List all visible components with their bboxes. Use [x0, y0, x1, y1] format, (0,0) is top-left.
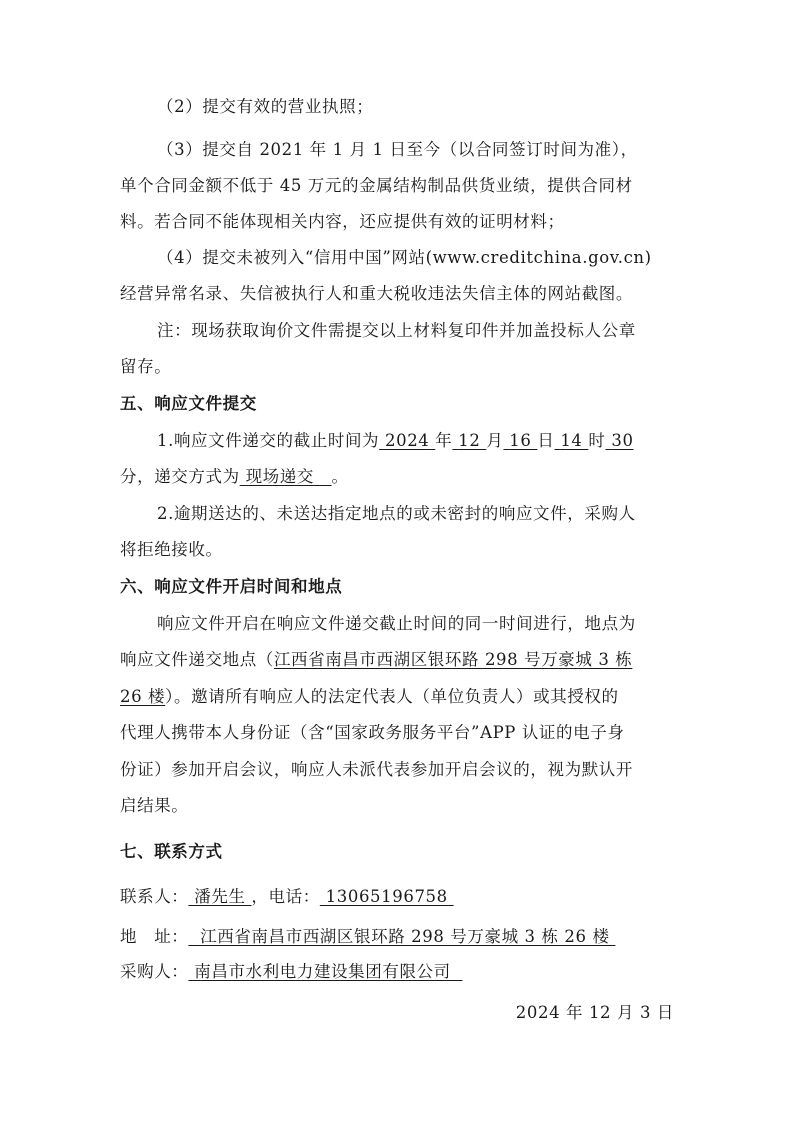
document-date: 2024 年 12 月 3 日	[516, 1002, 674, 1024]
note-line-2: 留存。	[120, 356, 680, 378]
contact-line: 联系人： 潘先生 ，电话： 13065196758	[120, 886, 680, 908]
section-5-p2-line-1: 2.逾期送达的、未送达指定地点的或未密封的响应文件，采购人	[157, 503, 680, 525]
phone-label: ，电话：	[251, 887, 319, 906]
deadline-month: 12	[452, 431, 486, 450]
address-line: 地 址： 江西省南昌市西湖区银环路 298 号万豪城 3 栋 26 楼	[120, 926, 680, 948]
section-5-deadline-line: 1.响应文件递交的截止时间为 2024 年 12 月 16 日 14 时 30	[157, 430, 680, 452]
purchaser-name: 南昌市水利电力建设集团有限公司	[188, 962, 462, 981]
section-5-heading: 五、响应文件提交	[120, 393, 680, 415]
purchaser-line: 采购人： 南昌市水利电力建设集团有限公司	[120, 961, 680, 983]
section-6-line-4: 代理人携带本人身份证（含“国家政务服务平台”APP 认证的电子身	[120, 722, 680, 744]
item-3-line-2: 单个合同金额不低于 45 万元的金属结构制品供货业绩，提供合同材	[120, 175, 680, 197]
section-6-line-1: 响应文件开启在响应文件递交截止时间的同一时间进行，地点为	[157, 613, 680, 635]
deadline-hour: 14	[554, 431, 588, 450]
deadline-year: 2024	[379, 431, 435, 450]
section-6-line-6: 启结果。	[120, 795, 680, 817]
contact-name: 潘先生	[188, 887, 251, 906]
section-6-line-3: 26 楼）。邀请所有响应人的法定代表人（单位负责人）或其授权的	[120, 686, 680, 708]
section-7-heading: 七、联系方式	[120, 841, 680, 863]
opening-address-floor: 26 楼	[120, 687, 165, 706]
contact-label: 联系人：	[120, 887, 188, 906]
submission-method: 现场递交	[240, 467, 332, 486]
item-2: （2）提交有效的营业执照；	[157, 96, 680, 118]
contact-phone: 13065196758	[320, 887, 454, 906]
section-5-p2-line-2: 将拒绝接收。	[120, 539, 680, 561]
item-3-line-1: （3）提交自 2021 年 1 月 1 日至今（以合同签订时间为准），	[157, 139, 680, 161]
item-4-line-2: 经营异常名录、失信被执行人和重大税收违法失信主体的网站截图。	[120, 283, 680, 305]
section-6-heading: 六、响应文件开启时间和地点	[120, 576, 680, 598]
contact-address: 江西省南昌市西湖区银环路 298 号万豪城 3 栋 26 楼	[188, 927, 615, 946]
deadline-day: 16	[503, 431, 537, 450]
address-label: 地 址：	[120, 927, 188, 946]
section-6-line-5: 份证）参加开启会议，响应人未派代表参加开启会议的，视为默认开	[120, 759, 680, 781]
document-page: （2）提交有效的营业执照； （3）提交自 2021 年 1 月 1 日至今（以合…	[0, 0, 800, 1132]
note-line-1: 注：现场获取询价文件需提交以上材料复印件并加盖投标人公章	[157, 320, 680, 342]
section-6-line-2: 响应文件递交地点（江西省南昌市西湖区银环路 298 号万豪城 3 栋	[120, 649, 680, 671]
purchaser-label: 采购人：	[120, 962, 188, 981]
opening-address: 江西省南昌市西湖区银环路 298 号万豪城 3 栋	[274, 650, 632, 669]
deadline-minute: 30	[605, 431, 633, 450]
section-5-method-line: 分，递交方式为 现场递交 。	[120, 466, 680, 488]
deadline-prefix: 1.响应文件递交的截止时间为	[157, 431, 379, 450]
item-4-line-1: （4）提交未被列入“信用中国”网站(www.creditchina.gov.cn…	[157, 247, 680, 269]
item-3-line-3: 料。若合同不能体现相关内容，还应提供有效的证明材料；	[120, 211, 680, 233]
